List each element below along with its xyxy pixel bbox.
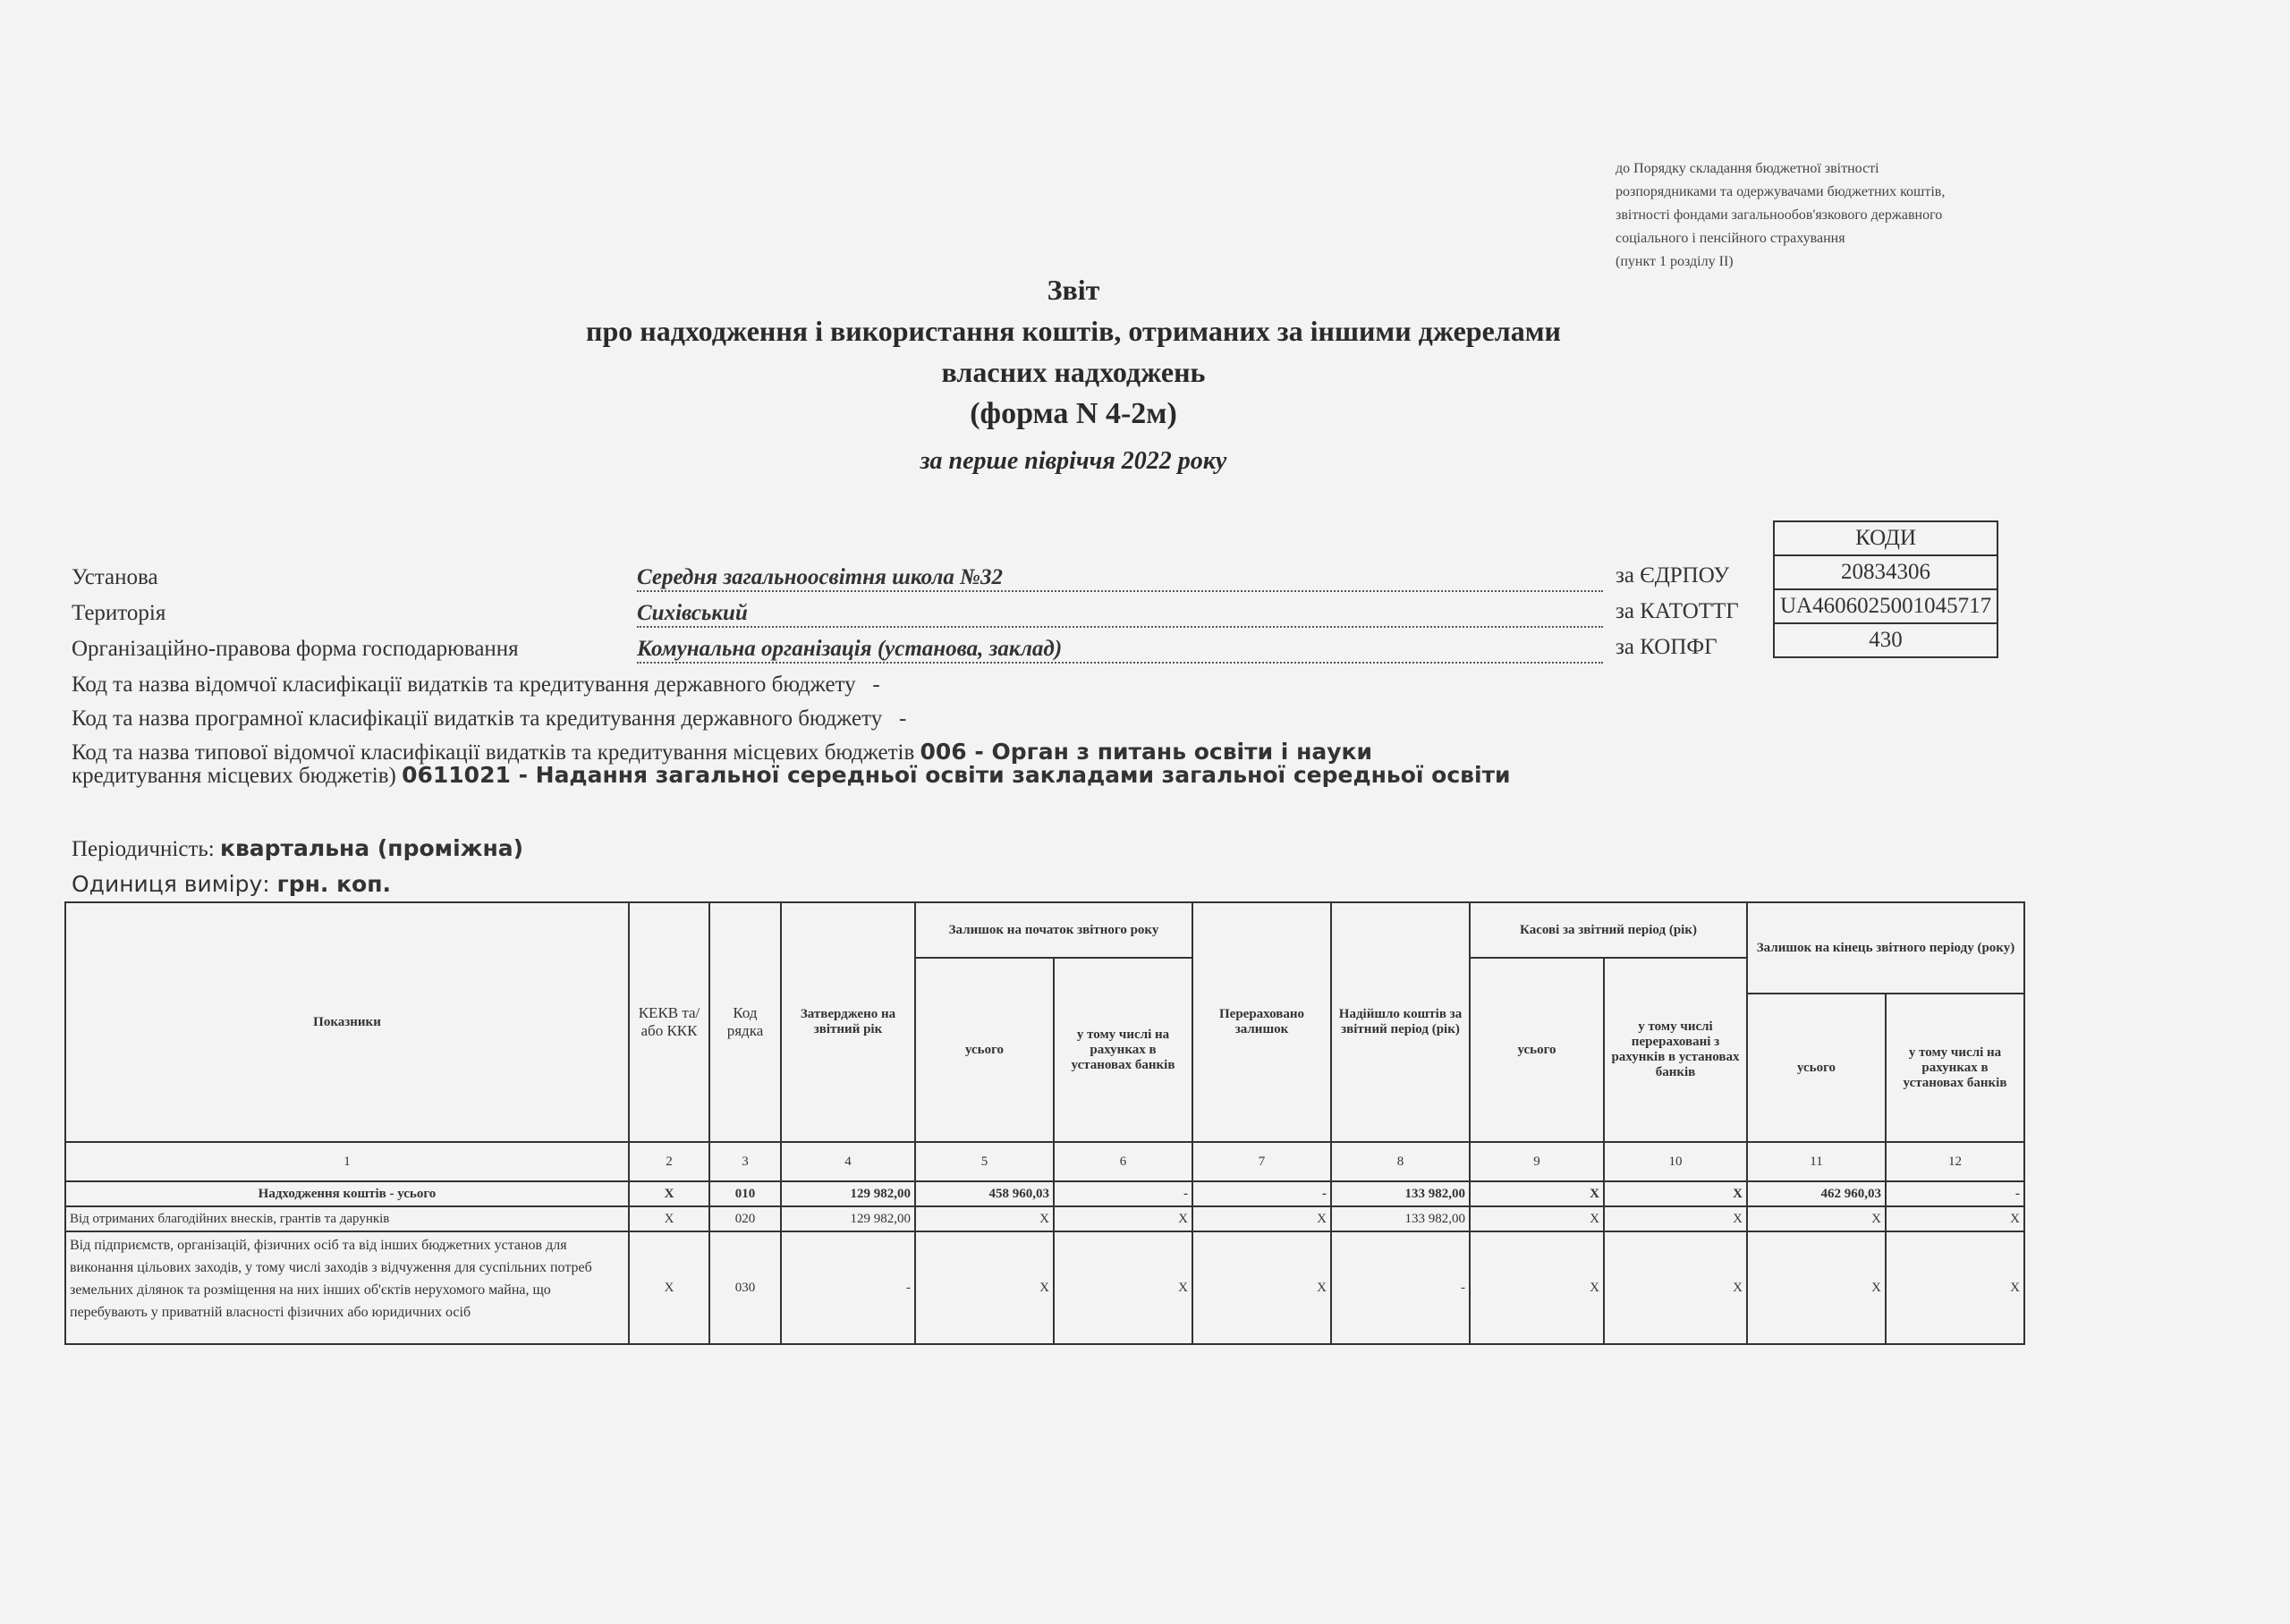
table-row: Надходження коштів - усього X010 129 982… (65, 1181, 2024, 1206)
classif-dept: Код та назва відомчої класифікації видат… (72, 672, 880, 698)
table-row: Від підприємств, організацій, фізичних о… (65, 1231, 2024, 1344)
kopfg-code: 430 (1774, 623, 1997, 657)
field-value-institution: Середня загальноосвітня школа №32 (637, 565, 1603, 592)
field-value-territory: Сихівський (637, 601, 1603, 628)
field-label-legal-form: Організаційно-правова форма господарюван… (72, 637, 519, 662)
legal-note: до Порядку складання бюджетної звітності… (1616, 157, 1945, 274)
report-period: за перше півріччя 2022 року (0, 447, 2147, 476)
report-subtitle: про надходження і використання коштів, о… (0, 315, 2147, 348)
classif-program: Код та назва програмної класифікації вид… (72, 706, 906, 732)
report-title: Звіт (0, 274, 2147, 307)
classif-function: кредитування місцевих бюджетів) 0611021 … (72, 762, 1511, 789)
katottg-code: UA4606025001045717 (1774, 589, 1997, 623)
field-label-institution: Установа (72, 565, 158, 590)
periodicity: Періодичність: квартальна (проміжна) (72, 835, 523, 862)
field-label-territory: Територія (72, 601, 165, 626)
codes-table: КОДИ 20834306 UA4606025001045717 430 (1773, 520, 1998, 658)
report-subtitle-2: власних надходжень (0, 356, 2147, 389)
form-number: (форма N 4-2м) (0, 397, 2147, 431)
field-value-legal-form: Комунальна організація (установа, заклад… (637, 637, 1603, 664)
report-table: Показники КЕКВ та/або ККК Код рядка Затв… (64, 901, 2025, 1345)
unit: Одиниця виміру: грн. коп. (72, 871, 391, 897)
table-row: Від отриманих благодійних внесків, грант… (65, 1206, 2024, 1231)
edrpou-code: 20834306 (1774, 555, 1997, 589)
